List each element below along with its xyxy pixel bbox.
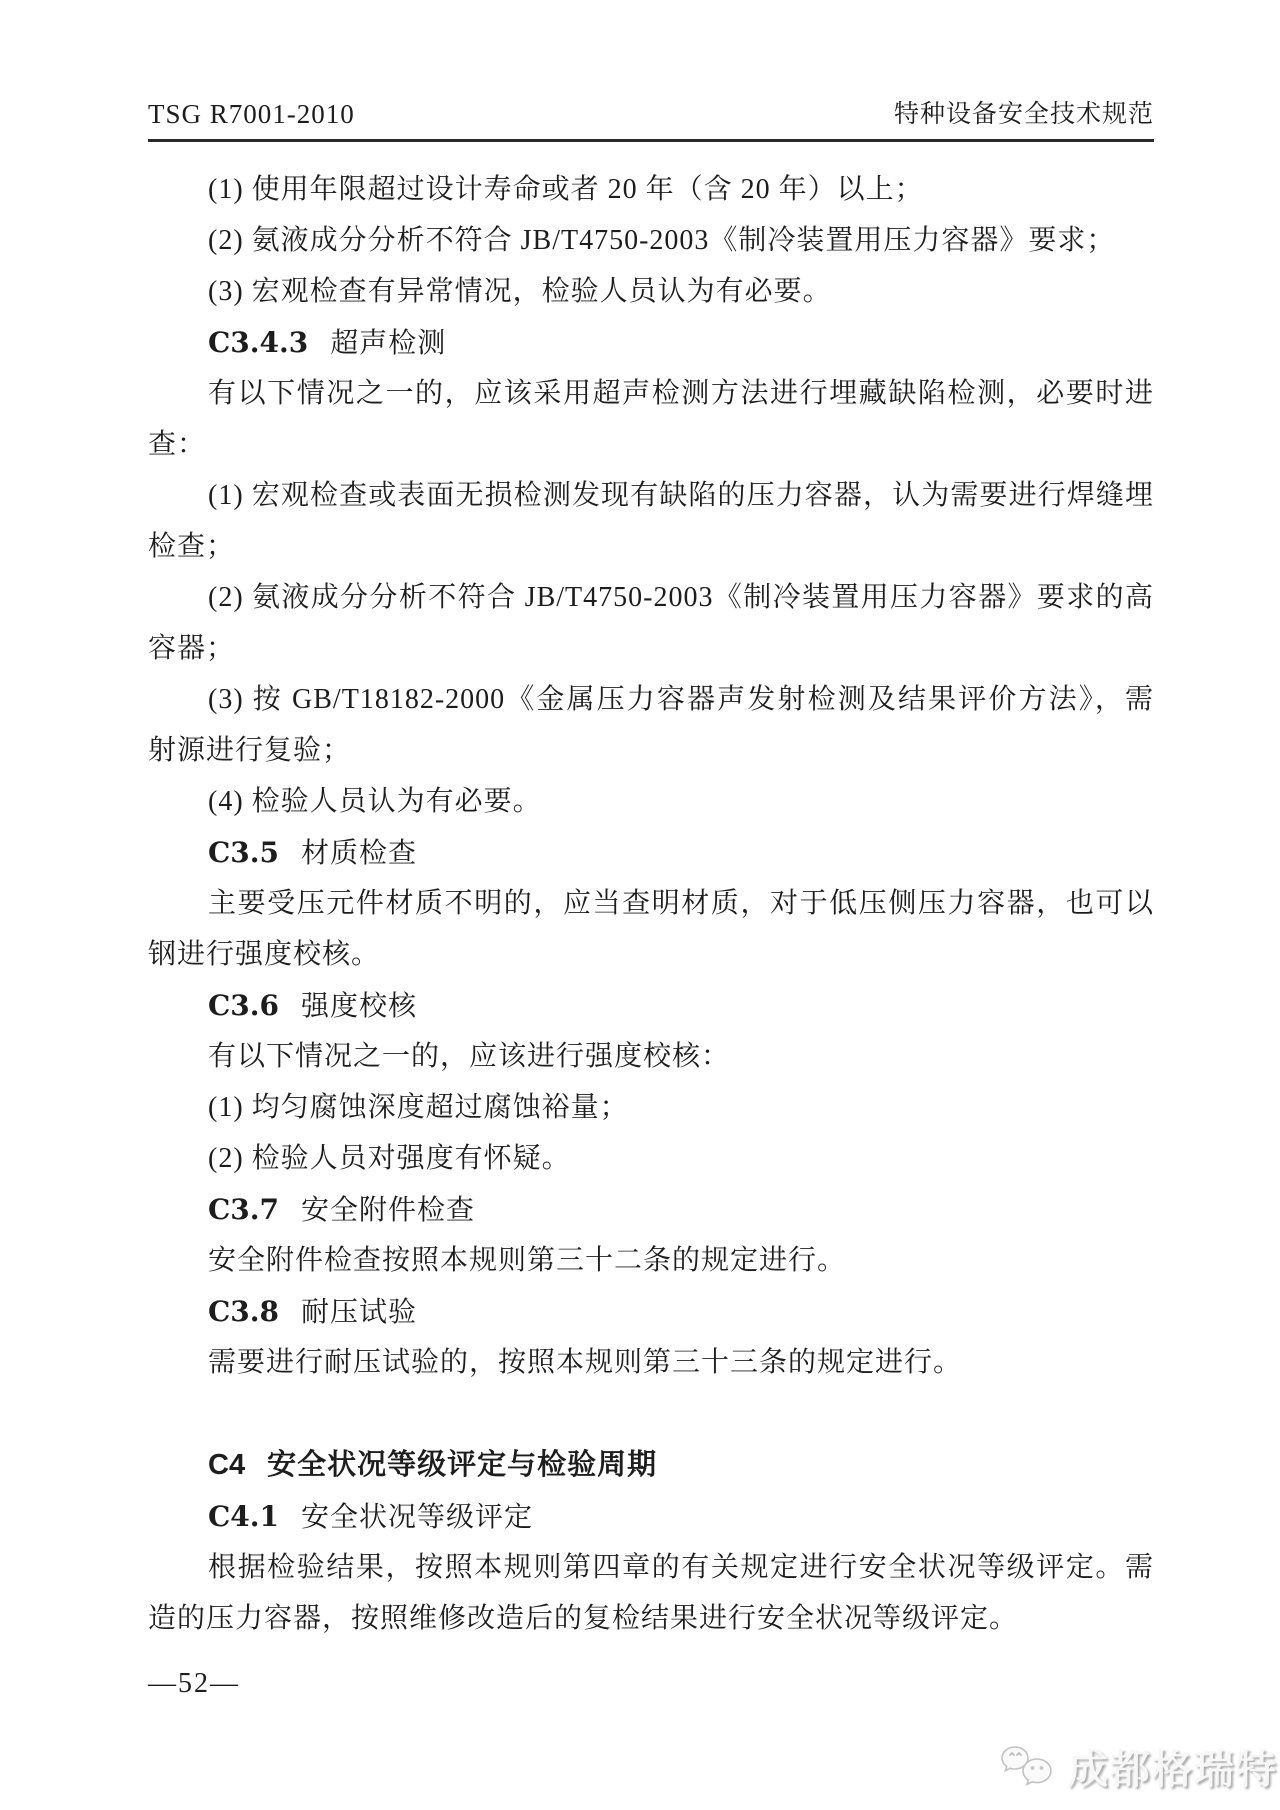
- doc-code: TSG R7001-2010: [148, 99, 355, 130]
- section-title: 强度校核: [301, 991, 417, 1022]
- watermark: 成都格瑞特: [998, 1738, 1278, 1795]
- page-number: —52—: [148, 1658, 1154, 1709]
- section-heading: C3.5材质检查: [148, 827, 1154, 878]
- section-number: C3.8: [208, 1295, 279, 1328]
- section-heading: C3.8耐压试验: [148, 1286, 1154, 1337]
- paragraph-line: (2) 氨液成分分析不符合 JB/T4750-2003《制冷装置用压力容器》要求…: [148, 215, 1154, 266]
- section-title: 安全状况等级评定: [301, 1502, 533, 1533]
- section-heading: C3.6强度校核: [148, 980, 1154, 1031]
- paragraph-line: (3) 按 GB/T18182-2000《金属压力容器声发射检测及结果评价方法》…: [148, 674, 1154, 725]
- paragraph-line: (2) 氨液成分分析不符合 JB/T4750-2003《制冷装置用压力容器》要求…: [148, 572, 1154, 623]
- paragraph-line: (3) 宏观检查有异常情况，检验人员认为有必要。: [148, 266, 1154, 317]
- paragraph-line: 安全附件检查按照本规则第三十二条的规定进行。: [148, 1235, 1154, 1286]
- document-body: (1) 使用年限超过设计寿命或者 20 年（含 20 年）以上；(2) 氨液成分…: [148, 164, 1154, 1709]
- section-title: 安全状况等级评定与检验周期: [267, 1449, 657, 1481]
- section-number: C3.5: [208, 836, 279, 869]
- paragraph-line: 根据检验结果，按照本规则第四章的有关规定进行安全状况等级评定。需要维修改: [148, 1542, 1154, 1593]
- paragraph-line: 有以下情况之一的，应该进行强度校核：: [148, 1031, 1154, 1082]
- section-title: 耐压试验: [301, 1297, 417, 1328]
- paragraph-line: (2) 检验人员对强度有怀疑。: [148, 1133, 1154, 1184]
- paragraph-line: (1) 均匀腐蚀深度超过腐蚀裕量；: [148, 1082, 1154, 1133]
- paragraph-line: (4) 检验人员认为有必要。: [148, 776, 1154, 827]
- paragraph-line: 容器；: [148, 623, 1154, 674]
- watermark-text: 成都格瑞特: [1068, 1738, 1278, 1795]
- paragraph-line: (1) 宏观检查或表面无损检测发现有缺陷的压力容器，认为需要进行焊缝埋藏缺陷: [148, 470, 1154, 521]
- section-heading: C3.7安全附件检查: [148, 1184, 1154, 1235]
- paragraph-line: 射源进行复验；: [148, 725, 1154, 776]
- paragraph-line: 钢进行强度校核。: [148, 929, 1154, 980]
- blank-line: [148, 1388, 1154, 1440]
- section-title: 安全附件检查: [301, 1195, 475, 1226]
- wechat-icon: [998, 1743, 1058, 1791]
- paragraph-line: 需要进行耐压试验的，按照本规则第三十三条的规定进行。: [148, 1337, 1154, 1388]
- paragraph-line: 查：: [148, 419, 1154, 470]
- doc-title: 特种设备安全技术规范: [894, 94, 1154, 130]
- section-number: C3.4.3: [208, 326, 308, 359]
- section-heading: C4.1安全状况等级评定: [148, 1491, 1154, 1542]
- section-title: 超声检测: [330, 328, 446, 359]
- section-number: C4: [208, 1449, 245, 1481]
- page-header: TSG R7001-2010 特种设备安全技术规范: [148, 94, 1154, 142]
- section-heading: C3.4.3超声检测: [148, 317, 1154, 368]
- section-number: C3.7: [208, 1193, 279, 1226]
- paragraph-line: 检查；: [148, 521, 1154, 572]
- section-number: C4.1: [208, 1500, 279, 1533]
- paragraph-line: 有以下情况之一的，应该采用超声检测方法进行埋藏缺陷检测，必要时进行开罐检: [148, 368, 1154, 419]
- section-heading: C4安全状况等级评定与检验周期: [148, 1440, 1154, 1491]
- section-title: 材质检查: [301, 838, 417, 869]
- paragraph-line: (1) 使用年限超过设计寿命或者 20 年（含 20 年）以上；: [148, 164, 1154, 215]
- document-page: TSG R7001-2010 特种设备安全技术规范 (1) 使用年限超过设计寿命…: [0, 0, 1280, 1810]
- paragraph-line: 造的压力容器，按照维修改造后的复检结果进行安全状况等级评定。: [148, 1593, 1154, 1644]
- paragraph-line: 主要受压元件材质不明的，应当查明材质，对于低压侧压力容器，也可以按 Q235: [148, 878, 1154, 929]
- section-number: C3.6: [208, 989, 279, 1022]
